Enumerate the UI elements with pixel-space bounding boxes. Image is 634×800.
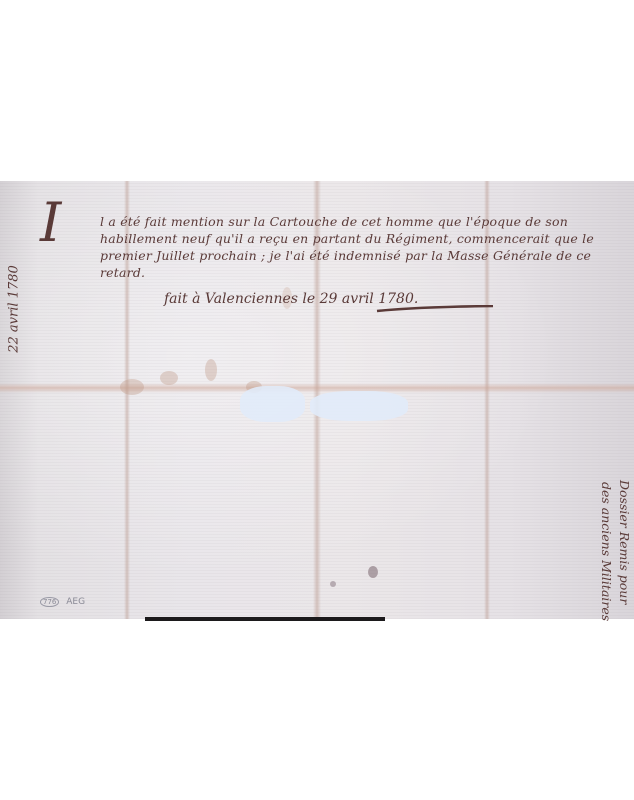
stain — [160, 371, 178, 385]
body-line: retard. — [100, 264, 625, 281]
archive-stamp-circled-number: 776 — [40, 597, 59, 607]
stain — [120, 379, 144, 395]
body-line: premier Juillet prochain ; je l'ai été i… — [100, 247, 625, 264]
repair-patch — [240, 386, 305, 422]
right-margin-line-2: des anciens Militaires — [599, 482, 614, 621]
right-margin-note: Dossier Remis pour des anciens Militaire… — [580, 480, 634, 630]
left-margin-date: 22 avril 1780 — [7, 265, 22, 353]
initial-letter: I — [40, 196, 61, 250]
body-line: habillement neuf qu'il a reçu en partant… — [100, 230, 625, 247]
archive-stamp: 776 AEG — [40, 597, 85, 607]
fold-line-horizontal — [0, 383, 634, 393]
repair-patch — [310, 391, 408, 421]
left-margin-note: 22 avril 1780 — [2, 248, 26, 370]
stain — [330, 581, 336, 587]
signature-flourish — [375, 305, 495, 313]
manuscript-body: l a été fait mention sur la Cartouche de… — [100, 213, 625, 281]
body-line: l a été fait mention sur la Cartouche de… — [100, 213, 625, 230]
right-margin-line-1: Dossier Remis pour — [617, 480, 632, 604]
scan-shadow-edge — [145, 617, 385, 621]
stain — [205, 359, 217, 381]
archive-stamp-code: AEG — [66, 597, 85, 607]
stain — [368, 566, 378, 578]
